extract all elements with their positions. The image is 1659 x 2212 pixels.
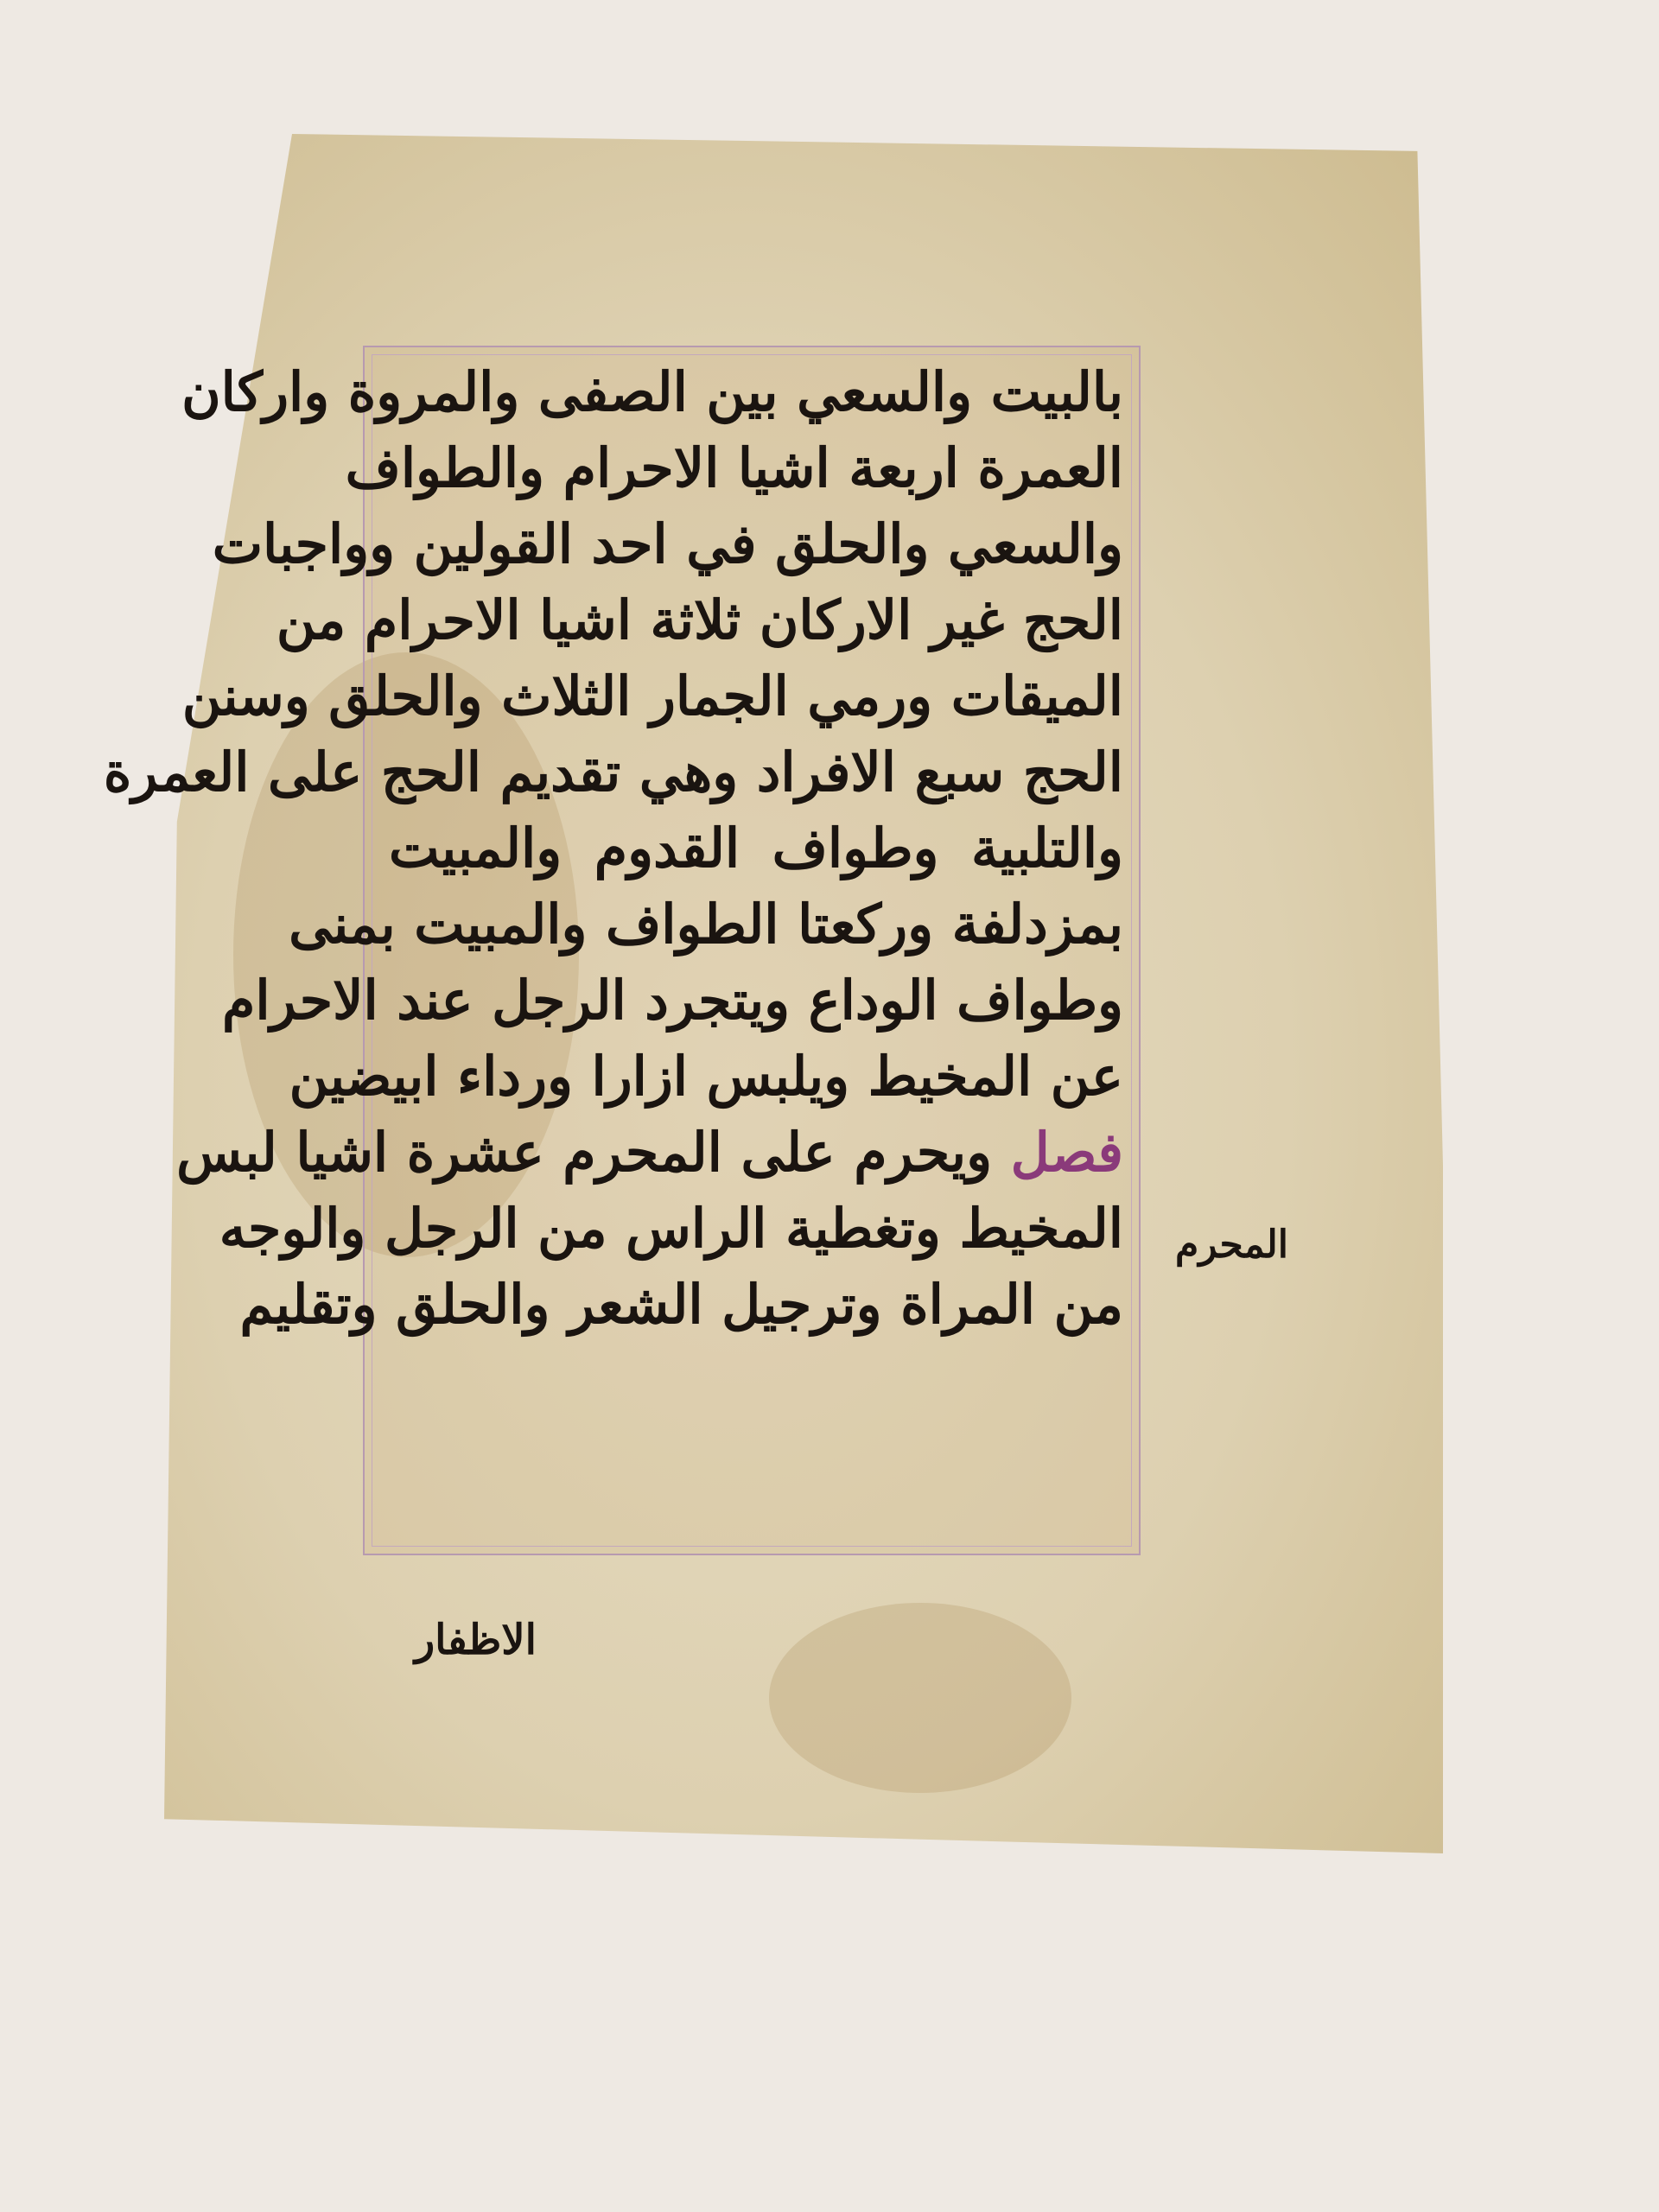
text-line-with-rubric: فصل ويحرم على المحرم عشرة اشيا لبس [389,1115,1123,1191]
text-line: والسعي والحلق في احد القولين وواجبات [389,506,1123,582]
catchword: الاظفار [415,1616,537,1664]
text-line: بمزدلفة وركعتا الطواف والمبيت بمنى [389,887,1123,963]
margin-annotation: المحرم [1175,1223,1288,1267]
paper-stain [769,1603,1071,1793]
text-line: الميقات ورمي الجمار الثلاث والحلق وسنن [389,658,1123,734]
text-line: العمرة اربعة اشيا الاحرام والطواف [389,430,1123,506]
text-line: المخيط وتغطية الراس من الرجل والوجه [389,1191,1123,1267]
rubric-heading: فصل [1011,1121,1123,1184]
text-line: ويحرم على المحرم عشرة اشيا لبس [176,1121,992,1184]
text-block: بالبيت والسعي بين الصفى والمروة واركان ا… [389,354,1123,1343]
text-line: الحج غير الاركان ثلاثة اشيا الاحرام من [389,582,1123,658]
text-line: من المراة وترجيل الشعر والحلق وتقليم [389,1267,1123,1343]
text-line: الحج سبع الافراد وهي تقديم الحج على العم… [389,734,1123,810]
text-line: بالبيت والسعي بين الصفى والمروة واركان [389,354,1123,430]
text-line: والتلبية وطواف القدوم والمبيت [389,810,1123,887]
text-line: عن المخيط ويلبس ازارا ورداء ابيضين [389,1039,1123,1115]
text-line: وطواف الوداع ويتجرد الرجل عند الاحرام [389,963,1123,1039]
